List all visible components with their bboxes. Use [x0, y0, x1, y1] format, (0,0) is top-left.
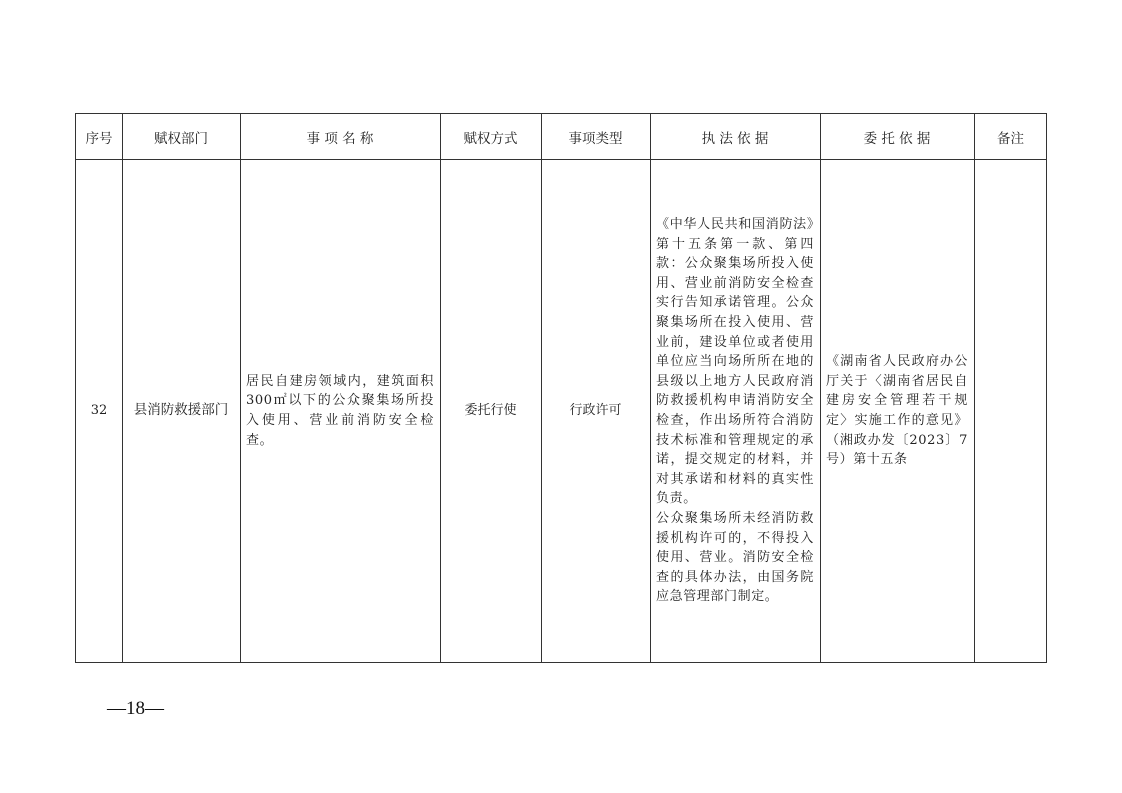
- header-index: 序号: [76, 114, 122, 159]
- table-row-delegation-basis-cell: 《湖南省人民政府办公厅关于〈湖南省居民自建房安全管理若干规定〉实施工作的意见》（…: [820, 160, 974, 662]
- table-row-item-name-cell: 居民自建房领域内，建筑面积300㎡以下的公众聚集场所投入使用、营业前消防安全检查…: [240, 160, 440, 662]
- header-item-type: 事项类型: [541, 114, 650, 159]
- header-department: 赋权部门: [122, 114, 240, 159]
- header-empowerment-method: 赋权方式: [440, 114, 541, 159]
- table-row-remarks: [974, 160, 1047, 662]
- table-row-legal-basis-cell: 《中华人民共和国消防法》第十五条第一款、第四款：公众聚集场所投入使用、营业前消防…: [650, 160, 820, 662]
- table-row-empowerment-method: 委托行使: [440, 160, 541, 662]
- table-row-legal-basis: 《中华人民共和国消防法》第十五条第一款、第四款：公众聚集场所投入使用、营业前消防…: [656, 215, 814, 607]
- legal-basis-paragraph-1: 《中华人民共和国消防法》第十五条第一款、第四款：公众聚集场所投入使用、营业前消防…: [656, 215, 814, 509]
- header-item-name: 事 项 名 称: [240, 114, 440, 159]
- table-row-item-name: 居民自建房领域内，建筑面积300㎡以下的公众聚集场所投入使用、营业前消防安全检查…: [246, 372, 434, 450]
- page-number: —18—: [107, 698, 164, 720]
- authorization-table: 序号 赋权部门 事 项 名 称 赋权方式 事项类型 执 法 依 据 委 托 依 …: [75, 113, 1047, 663]
- table-row-department: 县消防救援部门: [122, 160, 240, 662]
- table-row-item-type: 行政许可: [541, 160, 650, 662]
- header-delegation-basis: 委 托 依 据: [820, 114, 974, 159]
- table-row-delegation-basis: 《湖南省人民政府办公厅关于〈湖南省居民自建房安全管理若干规定〉实施工作的意见》（…: [826, 352, 968, 470]
- header-remarks: 备注: [974, 114, 1047, 159]
- legal-basis-paragraph-2: 公众聚集场所未经消防救援机构许可的，不得投入使用、营业。消防安全检查的具体办法，…: [656, 509, 814, 607]
- header-legal-basis: 执 法 依 据: [650, 114, 820, 159]
- table-row-index: 32: [76, 160, 122, 662]
